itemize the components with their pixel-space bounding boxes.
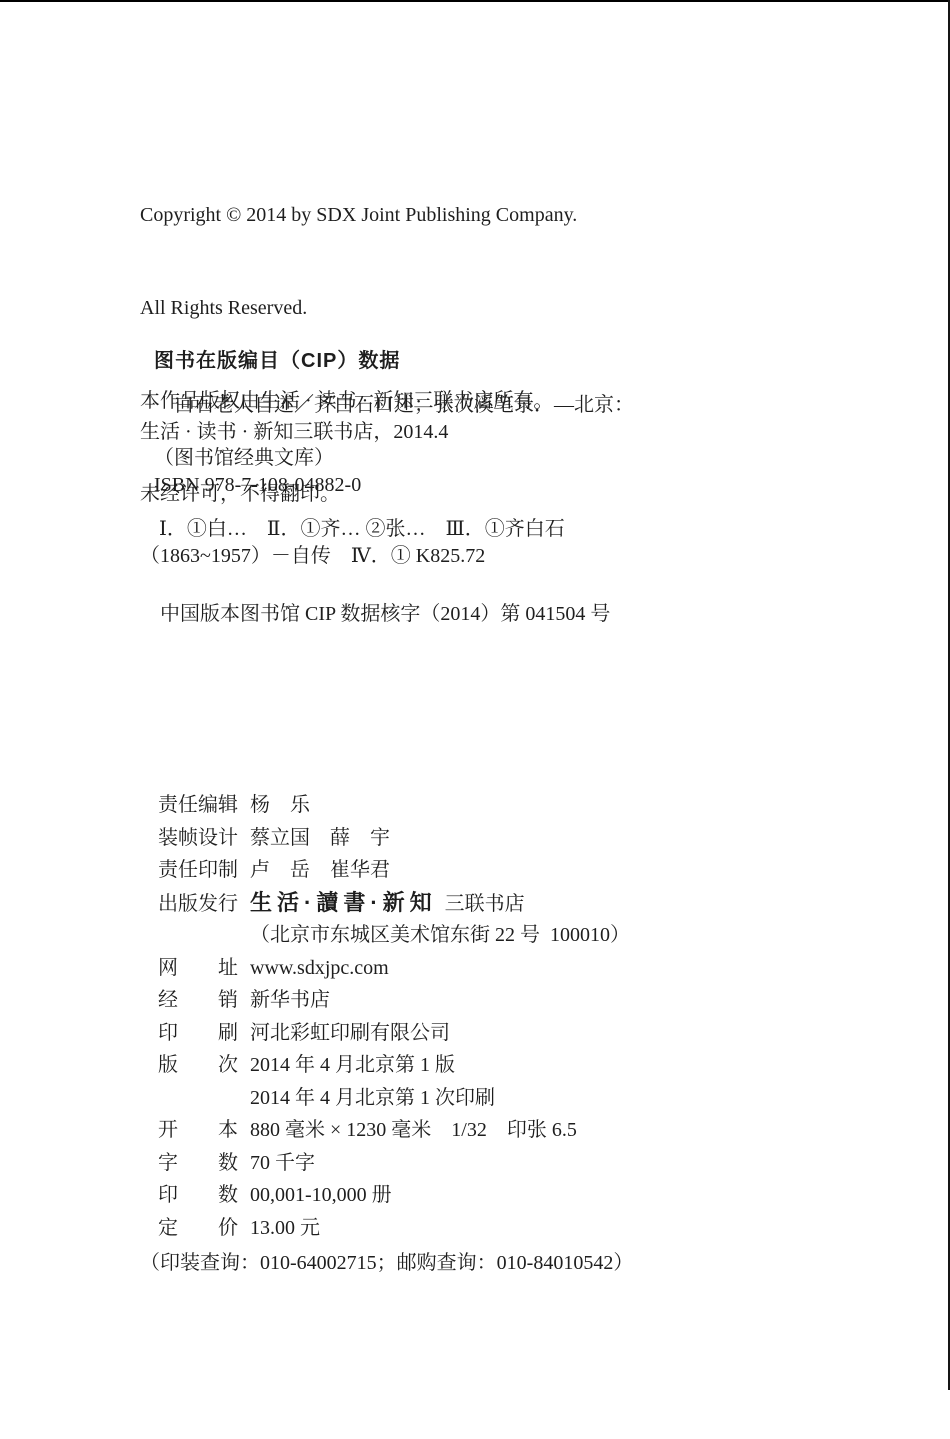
website-url: www.sdxjpc.com — [250, 952, 389, 985]
row-value: 2014 年 4 月北京第 1 版 — [250, 1049, 455, 1082]
row-value: 卢 岳 崔华君 — [250, 854, 390, 887]
publisher-logo: 生活·讀書·新知 — [250, 890, 437, 915]
classification-line-1: Ⅰ．①白… Ⅱ．①齐… ②张… Ⅲ．①齐白石 — [140, 516, 565, 543]
row-label: 经销 — [158, 984, 238, 1017]
rights-reserved-line: All Rights Reserved. — [140, 293, 577, 324]
publisher-address: （北京市东城区美术馆东街 22 号 100010） — [250, 919, 630, 952]
colophon-row-designer: 装帧设计蔡立国 薛 宇 — [158, 822, 630, 855]
colophon-row-print-run: 印数00,001-10,000 册 — [158, 1179, 630, 1212]
row-value: 2014 年 4 月北京第 1 次印刷 — [250, 1082, 495, 1115]
row-label: 印刷 — [158, 1017, 238, 1050]
publisher-name: 三联书店 — [445, 893, 525, 915]
row-label: 网址 — [158, 952, 238, 985]
row-label: 出版发行 — [158, 888, 238, 921]
cip-header: 图书在版编目（CIP）数据 — [140, 344, 400, 373]
colophon-row-print-supervisor: 责任印制卢 岳 崔华君 — [158, 854, 630, 887]
row-label: 责任印制 — [158, 854, 238, 887]
row-label: 责任编辑 — [158, 789, 238, 822]
row-label: 定价 — [158, 1212, 238, 1245]
row-label: 版次 — [158, 1049, 238, 1082]
colophon-row-word-count: 字数70 千字 — [158, 1147, 630, 1180]
colophon-table: 责任编辑杨 乐 装帧设计蔡立国 薛 宇 责任印制卢 岳 崔华君 出版发行生活·讀… — [158, 789, 630, 1244]
cip-publisher-line: 生活 · 读书 · 新知三联书店，2014.4 — [140, 419, 634, 446]
row-label: 装帧设计 — [158, 822, 238, 855]
row-value: 河北彩虹印刷有限公司 — [250, 1017, 450, 1050]
row-value: 杨 乐 — [250, 789, 310, 822]
page-top-edge — [0, 0, 950, 2]
row-label: 开本 — [158, 1114, 238, 1147]
cip-classification: Ⅰ．①白… Ⅱ．①齐… ②张… Ⅲ．①齐白石 （1863~1957）－自传 Ⅳ．… — [140, 516, 565, 570]
cip-entry: 白石老人自述／齐白石口述；张次溪笔录．—北京： 生活 · 读书 · 新知三联书店… — [140, 392, 634, 498]
colophon-row-format: 开本880 毫米 × 1230 毫米 1/32 印张 6.5 — [158, 1114, 630, 1147]
row-value: 13.00 元 — [250, 1212, 320, 1245]
copyright-line-english: Copyright © 2014 by SDX Joint Publishing… — [140, 200, 577, 231]
colophon-row-editor: 责任编辑杨 乐 — [158, 789, 630, 822]
colophon-row-publisher: 出版发行生活·讀書·新知三联书店 — [158, 887, 630, 920]
row-value: 70 千字 — [250, 1147, 315, 1180]
row-value: 00,001-10,000 册 — [250, 1179, 392, 1212]
book-copyright-page: { "copyright": { "lines": [ "Copyright ©… — [0, 0, 950, 1439]
classification-line-2: （1863~1957）－自传 Ⅳ．① K825.72 — [140, 543, 565, 570]
isbn-line: ISBN 978-7-108-04882-0 — [140, 472, 634, 499]
row-label: 字数 — [158, 1147, 238, 1180]
row-label: 印数 — [158, 1179, 238, 1212]
cip-block: 图书在版编目（CIP）数据 — [140, 344, 400, 373]
cip-title-statement: 白石老人自述／齐白石口述；张次溪笔录．—北京： — [140, 392, 634, 419]
colophon-row-website: 网址www.sdxjpc.com — [158, 952, 630, 985]
publisher-brand-logotype: 生活·讀書·新知三联书店 — [250, 887, 525, 921]
row-value: 新华书店 — [250, 984, 330, 1017]
colophon-row-printing: 2014 年 4 月北京第 1 次印刷 — [158, 1082, 630, 1115]
colophon-row-address: （北京市东城区美术馆东街 22 号 100010） — [158, 919, 630, 952]
inquiry-phone-note: （印装查询：010-64002715；邮购查询：010-84010542） — [140, 1246, 633, 1275]
colophon-row-printer: 印刷河北彩虹印刷有限公司 — [158, 1017, 630, 1050]
colophon-row-price: 定价13.00 元 — [158, 1212, 630, 1245]
row-value: 880 毫米 × 1230 毫米 1/32 印张 6.5 — [250, 1114, 577, 1147]
colophon-row-edition: 版次2014 年 4 月北京第 1 版 — [158, 1049, 630, 1082]
cip-record-number: 中国版本图书馆 CIP 数据核字（2014）第 041504 号 — [160, 597, 610, 626]
colophon-row-distributor: 经销新华书店 — [158, 984, 630, 1017]
row-value: 蔡立国 薛 宇 — [250, 822, 390, 855]
cip-series-line: （图书馆经典文库） — [140, 445, 634, 472]
